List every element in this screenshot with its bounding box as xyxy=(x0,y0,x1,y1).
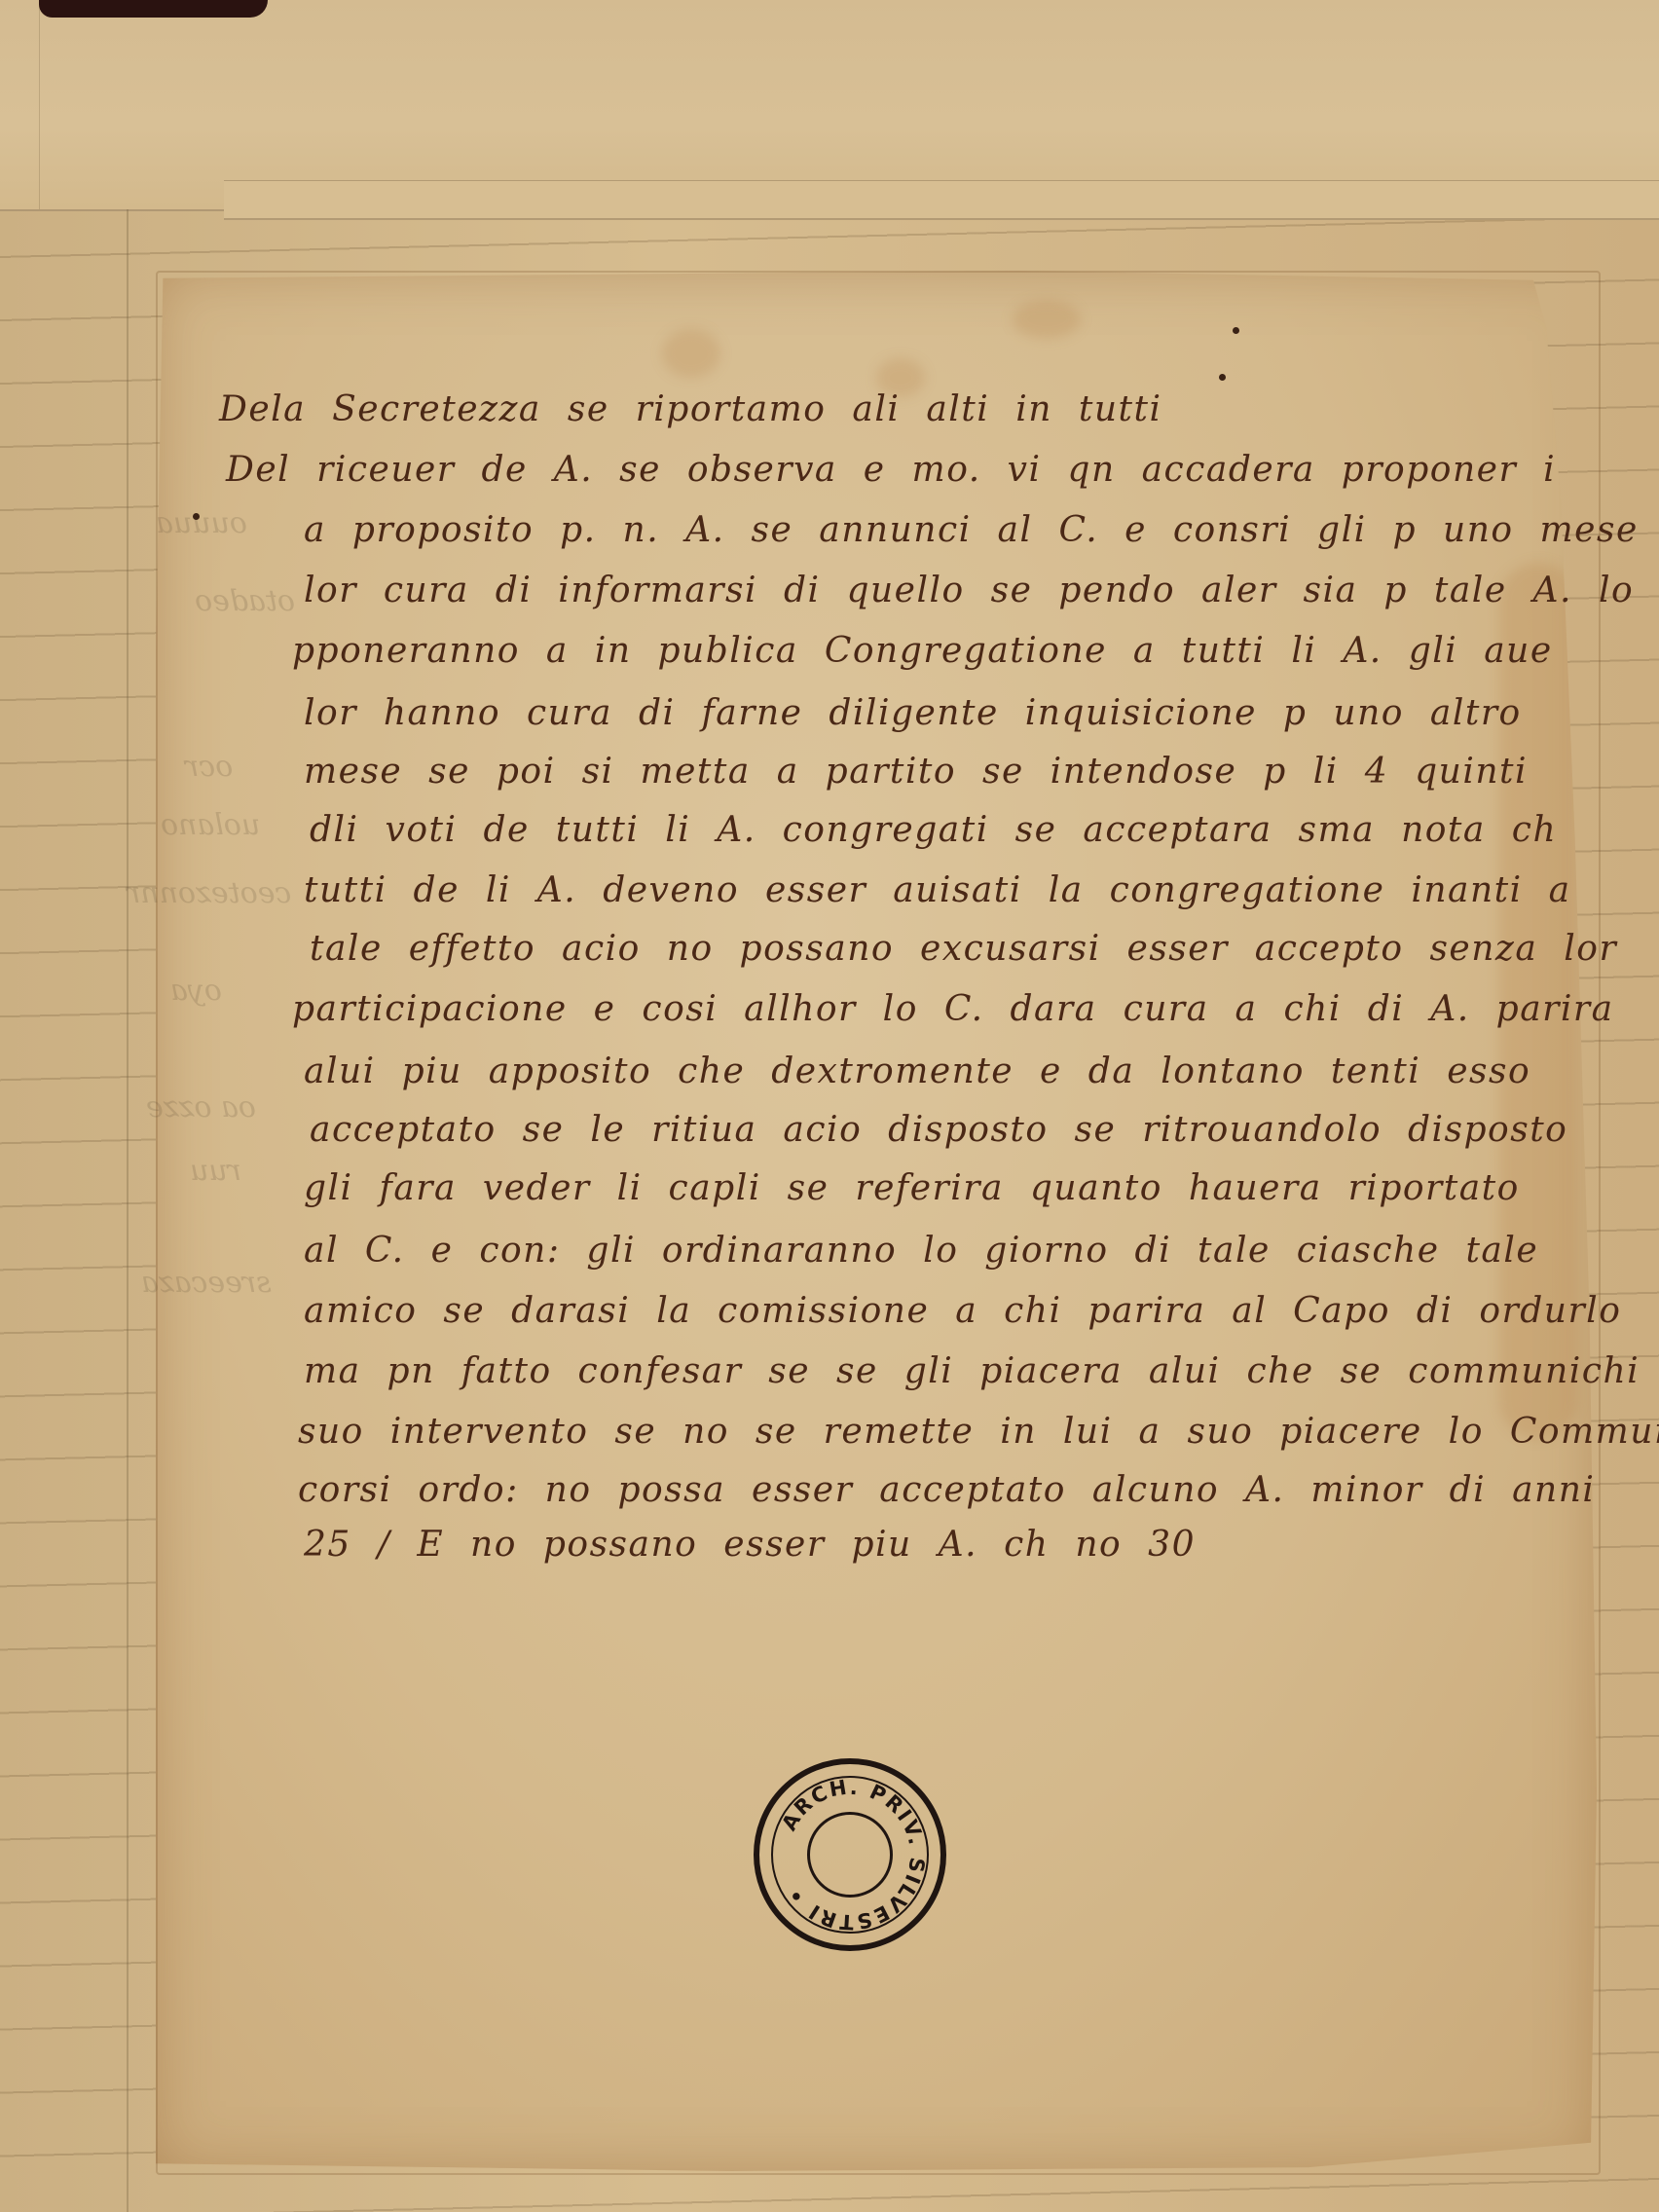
manuscript-line: pponeranno a in publica Congregatione a … xyxy=(292,631,1553,671)
bleed-through-fragment: sreecaza xyxy=(141,1266,272,1300)
stamp-text-ring: ARCH. PRIV. SILVESTRI • xyxy=(754,1758,946,1951)
manuscript-line: 25 / E no possano esser piu A. ch no 30 xyxy=(304,1525,1196,1565)
manuscript-line: ma pn fatto confesar se se gli piacera a… xyxy=(304,1351,1659,1391)
bleed-through-fragment: otadeo xyxy=(195,584,295,618)
archive-stamp: ARCH. PRIV. SILVESTRI • xyxy=(754,1758,946,1951)
manuscript-line: tale effetto acio no possano excusarsi e… xyxy=(310,929,1617,969)
dark-binding-edge xyxy=(39,0,268,18)
manuscript-line: a proposito p. n. A. se annunci al C. e … xyxy=(304,510,1659,550)
ink-dot xyxy=(193,513,200,520)
manuscript-line: amico se darasi la comissione a chi pari… xyxy=(304,1291,1621,1331)
manuscript-line: Dela Secretezza se riportamo ali alti in… xyxy=(219,389,1161,429)
manuscript-line: Del riceuer de A. se observa e mo. vi qn… xyxy=(226,450,1556,490)
manuscript-line: gli fara veder li capli se referira quan… xyxy=(304,1168,1520,1208)
manuscript-line: alui piu apposito che dextromente e da l… xyxy=(304,1051,1530,1091)
bleed-through-fragment: ceotezonnr xyxy=(127,876,291,910)
bleed-through-fragment: ocr xyxy=(185,750,233,784)
bleed-through-fragment: ruu xyxy=(190,1154,241,1188)
svg-text:ARCH. PRIV. SILVESTRI •: ARCH. PRIV. SILVESTRI • xyxy=(777,1775,929,1934)
bleed-through-fragment: uolano xyxy=(161,808,260,842)
ink-dot xyxy=(1233,327,1239,334)
stain xyxy=(1013,300,1081,339)
manuscript-line: corsi ordo: no possa esser acceptato alc… xyxy=(298,1470,1595,1510)
ink-dot xyxy=(1219,374,1226,381)
manuscript-line: acceptato se le ritiua acio disposto se … xyxy=(310,1110,1567,1150)
manuscript-line: suo intervento se no se remette in lui a… xyxy=(298,1412,1659,1452)
inner-folder-sheet xyxy=(224,180,1659,220)
stain xyxy=(662,329,720,378)
bleed-through-fragment: oa ozze xyxy=(146,1090,256,1124)
manuscript-line: lor hanno cura di farne diligente inquis… xyxy=(304,693,1522,733)
manuscript-line: mese se poi si metta a partito se intend… xyxy=(304,752,1528,792)
bleed-through-fragment: oya xyxy=(170,974,222,1008)
bleed-through-fragment: ouuua xyxy=(156,506,247,540)
manuscript-line: dli voti de tutti li A. congregati se ac… xyxy=(310,810,1557,850)
left-fold-line xyxy=(127,209,129,2212)
manuscript-line: lor cura di informarsi di quello se pend… xyxy=(304,571,1634,610)
manuscript-line: tutti de li A. deveno esser auisati la c… xyxy=(304,870,1571,910)
manuscript-line: al C. e con: gli ordinaranno lo giorno d… xyxy=(304,1231,1538,1271)
top-sheet-edge xyxy=(0,0,40,209)
manuscript-line: participacione e cosi allhor lo C. dara … xyxy=(292,989,1614,1029)
